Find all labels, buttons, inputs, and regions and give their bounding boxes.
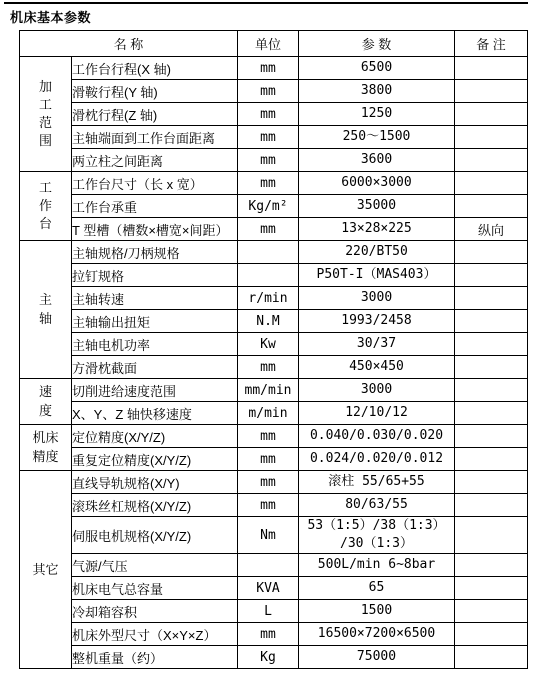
cell-name: 主轴电机功率 xyxy=(72,333,238,356)
cell-param: 滚柱 55/65+55 xyxy=(299,471,455,494)
table-row: 机床外型尺寸（X×Y×Z）mm16500×7200×6500 xyxy=(20,623,528,646)
group-label: 主 轴 xyxy=(20,241,72,379)
table-row: 两立柱之间距离mm3600 xyxy=(20,149,528,172)
cell-unit xyxy=(238,554,299,577)
cell-note xyxy=(455,264,528,287)
cell-note xyxy=(455,287,528,310)
cell-unit xyxy=(238,264,299,287)
cell-name: 滚珠丝杠规格(X/Y/Z) xyxy=(72,494,238,517)
cell-param: 500L/min 6~8bar xyxy=(299,554,455,577)
cell-param: 6000×3000 xyxy=(299,172,455,195)
cell-note: 纵向 xyxy=(455,218,528,241)
group-label: 机床 精度 xyxy=(20,425,72,471)
cell-note xyxy=(455,623,528,646)
table-row: 重复定位精度(X/Y/Z)mm0.024/0.020/0.012 xyxy=(20,448,528,471)
cell-note xyxy=(455,517,528,554)
cell-unit: mm xyxy=(238,172,299,195)
cell-unit: KVA xyxy=(238,577,299,600)
cell-note xyxy=(455,494,528,517)
spec-table: 名 称 单位 参 数 备 注 加 工 范 围工作台行程(X 轴)mm6500滑鞍… xyxy=(19,30,528,669)
cell-param: 3600 xyxy=(299,149,455,172)
cell-unit: mm xyxy=(238,623,299,646)
table-row: 方滑枕截面mm450×450 xyxy=(20,356,528,379)
cell-param: 65 xyxy=(299,577,455,600)
cell-unit: mm/min xyxy=(238,379,299,402)
cell-param: 450×450 xyxy=(299,356,455,379)
cell-param: P50T-I（MAS403） xyxy=(299,264,455,287)
cell-name: 工作台承重 xyxy=(72,195,238,218)
table-row: 主轴转速r/min3000 xyxy=(20,287,528,310)
table-row: 伺服电机规格(X/Y/Z)Nm53（1:5）/38（1:3） /30（1:3） xyxy=(20,517,528,554)
cell-name: 工作台行程(X 轴) xyxy=(72,57,238,80)
header-unit: 单位 xyxy=(238,31,299,57)
table-row: 其它直线导轨规格(X/Y)mm滚柱 55/65+55 xyxy=(20,471,528,494)
group-label: 加 工 范 围 xyxy=(20,57,72,172)
cell-param: 0.040/0.030/0.020 xyxy=(299,425,455,448)
cell-note xyxy=(455,379,528,402)
header-row: 名 称 单位 参 数 备 注 xyxy=(20,31,528,57)
cell-param: 0.024/0.020/0.012 xyxy=(299,448,455,471)
cell-name: 方滑枕截面 xyxy=(72,356,238,379)
cell-note xyxy=(455,554,528,577)
table-row: 机床 精度定位精度(X/Y/Z)mm0.040/0.030/0.020 xyxy=(20,425,528,448)
cell-unit: mm xyxy=(238,425,299,448)
cell-name: 机床外型尺寸（X×Y×Z） xyxy=(72,623,238,646)
cell-param: 53（1:5）/38（1:3） /30（1:3） xyxy=(299,517,455,554)
cell-name: 主轴规格/刀柄规格 xyxy=(72,241,238,264)
table-row: 工作台承重Kg/m²35000 xyxy=(20,195,528,218)
cell-name: 整机重量（约） xyxy=(72,646,238,669)
cell-unit: mm xyxy=(238,126,299,149)
table-row: X、Y、Z 轴快移速度m/min12/10/12 xyxy=(20,402,528,425)
cell-note xyxy=(455,646,528,669)
header-name: 名 称 xyxy=(20,31,238,57)
cell-param: 250～1500 xyxy=(299,126,455,149)
cell-unit: L xyxy=(238,600,299,623)
cell-param: 3000 xyxy=(299,287,455,310)
table-row: 冷却箱容积L1500 xyxy=(20,600,528,623)
cell-note xyxy=(455,402,528,425)
cell-note xyxy=(455,172,528,195)
cell-unit: Kw xyxy=(238,333,299,356)
table-row: 气源/气压500L/min 6~8bar xyxy=(20,554,528,577)
table-row: 主轴端面到工作台面距离mm250～1500 xyxy=(20,126,528,149)
cell-name: 两立柱之间距离 xyxy=(72,149,238,172)
table-row: 滚珠丝杠规格(X/Y/Z)mm80/63/55 xyxy=(20,494,528,517)
cell-name: 重复定位精度(X/Y/Z) xyxy=(72,448,238,471)
table-row: 速 度切削进给速度范围mm/min3000 xyxy=(20,379,528,402)
cell-note xyxy=(455,356,528,379)
cell-param: 35000 xyxy=(299,195,455,218)
table-row: 整机重量（约）Kg75000 xyxy=(20,646,528,669)
cell-unit: Kg/m² xyxy=(238,195,299,218)
cell-unit: mm xyxy=(238,57,299,80)
cell-name: 气源/气压 xyxy=(72,554,238,577)
cell-note xyxy=(455,333,528,356)
cell-note xyxy=(455,80,528,103)
cell-unit: m/min xyxy=(238,402,299,425)
table-row: 工 作 台工作台尺寸（长 x 宽）mm6000×3000 xyxy=(20,172,528,195)
header-param: 参 数 xyxy=(299,31,455,57)
cell-name: T 型槽（槽数×槽宽×间距） xyxy=(72,218,238,241)
cell-unit: r/min xyxy=(238,287,299,310)
cell-param: 12/10/12 xyxy=(299,402,455,425)
table-row: 主 轴主轴规格/刀柄规格220/BT50 xyxy=(20,241,528,264)
cell-name: 伺服电机规格(X/Y/Z) xyxy=(72,517,238,554)
group-label: 工 作 台 xyxy=(20,172,72,241)
cell-unit: Kg xyxy=(238,646,299,669)
cell-unit: mm xyxy=(238,218,299,241)
cell-name: X、Y、Z 轴快移速度 xyxy=(72,402,238,425)
cell-note xyxy=(455,103,528,126)
cell-name: 主轴转速 xyxy=(72,287,238,310)
table-row: 主轴电机功率Kw30/37 xyxy=(20,333,528,356)
cell-unit: mm xyxy=(238,471,299,494)
cell-note xyxy=(455,241,528,264)
cell-unit: mm xyxy=(238,103,299,126)
table-row: 主轴输出扭矩N.M1993/2458 xyxy=(20,310,528,333)
cell-unit: mm xyxy=(238,149,299,172)
cell-param: 16500×7200×6500 xyxy=(299,623,455,646)
group-label: 速 度 xyxy=(20,379,72,425)
cell-note xyxy=(455,425,528,448)
cell-name: 切削进给速度范围 xyxy=(72,379,238,402)
table-row: T 型槽（槽数×槽宽×间距）mm13×28×225纵向 xyxy=(20,218,528,241)
cell-note xyxy=(455,57,528,80)
cell-param: 30/37 xyxy=(299,333,455,356)
cell-param: 13×28×225 xyxy=(299,218,455,241)
table-row: 滑鞍行程(Y 轴)mm3800 xyxy=(20,80,528,103)
cell-param: 1250 xyxy=(299,103,455,126)
cell-name: 滑鞍行程(Y 轴) xyxy=(72,80,238,103)
cell-name: 机床电气总容量 xyxy=(72,577,238,600)
cell-unit: N.M xyxy=(238,310,299,333)
cell-note xyxy=(455,149,528,172)
cell-note xyxy=(455,126,528,149)
cell-param: 3800 xyxy=(299,80,455,103)
cell-note xyxy=(455,448,528,471)
cell-name: 冷却箱容积 xyxy=(72,600,238,623)
page-title: 机床基本参数 xyxy=(10,7,91,26)
table-row: 滑枕行程(Z 轴)mm1250 xyxy=(20,103,528,126)
table-row: 拉钉规格P50T-I（MAS403） xyxy=(20,264,528,287)
cell-note xyxy=(455,310,528,333)
cell-unit: mm xyxy=(238,448,299,471)
cell-name: 滑枕行程(Z 轴) xyxy=(72,103,238,126)
cell-unit xyxy=(238,241,299,264)
cell-note xyxy=(455,471,528,494)
cell-name: 工作台尺寸（长 x 宽） xyxy=(72,172,238,195)
cell-note xyxy=(455,195,528,218)
table-row: 加 工 范 围工作台行程(X 轴)mm6500 xyxy=(20,57,528,80)
cell-param: 1500 xyxy=(299,600,455,623)
cell-name: 主轴端面到工作台面距离 xyxy=(72,126,238,149)
cell-note xyxy=(455,577,528,600)
cell-param: 75000 xyxy=(299,646,455,669)
cell-param: 220/BT50 xyxy=(299,241,455,264)
cell-unit: mm xyxy=(238,494,299,517)
cell-unit: mm xyxy=(238,80,299,103)
cell-param: 3000 xyxy=(299,379,455,402)
cell-unit: mm xyxy=(238,356,299,379)
cell-unit: Nm xyxy=(238,517,299,554)
cell-note xyxy=(455,600,528,623)
table-row: 机床电气总容量KVA65 xyxy=(20,577,528,600)
cell-param: 80/63/55 xyxy=(299,494,455,517)
cell-name: 直线导轨规格(X/Y) xyxy=(72,471,238,494)
cell-name: 主轴输出扭矩 xyxy=(72,310,238,333)
cell-name: 拉钉规格 xyxy=(72,264,238,287)
cell-param: 1993/2458 xyxy=(299,310,455,333)
header-note: 备 注 xyxy=(455,31,528,57)
group-label: 其它 xyxy=(20,471,72,669)
top-rule-divider xyxy=(4,2,528,4)
cell-param: 6500 xyxy=(299,57,455,80)
page: 机床基本参数 名 称 单位 参 数 备 注 加 工 范 围工作台行程(X 轴)m… xyxy=(0,0,543,696)
cell-name: 定位精度(X/Y/Z) xyxy=(72,425,238,448)
